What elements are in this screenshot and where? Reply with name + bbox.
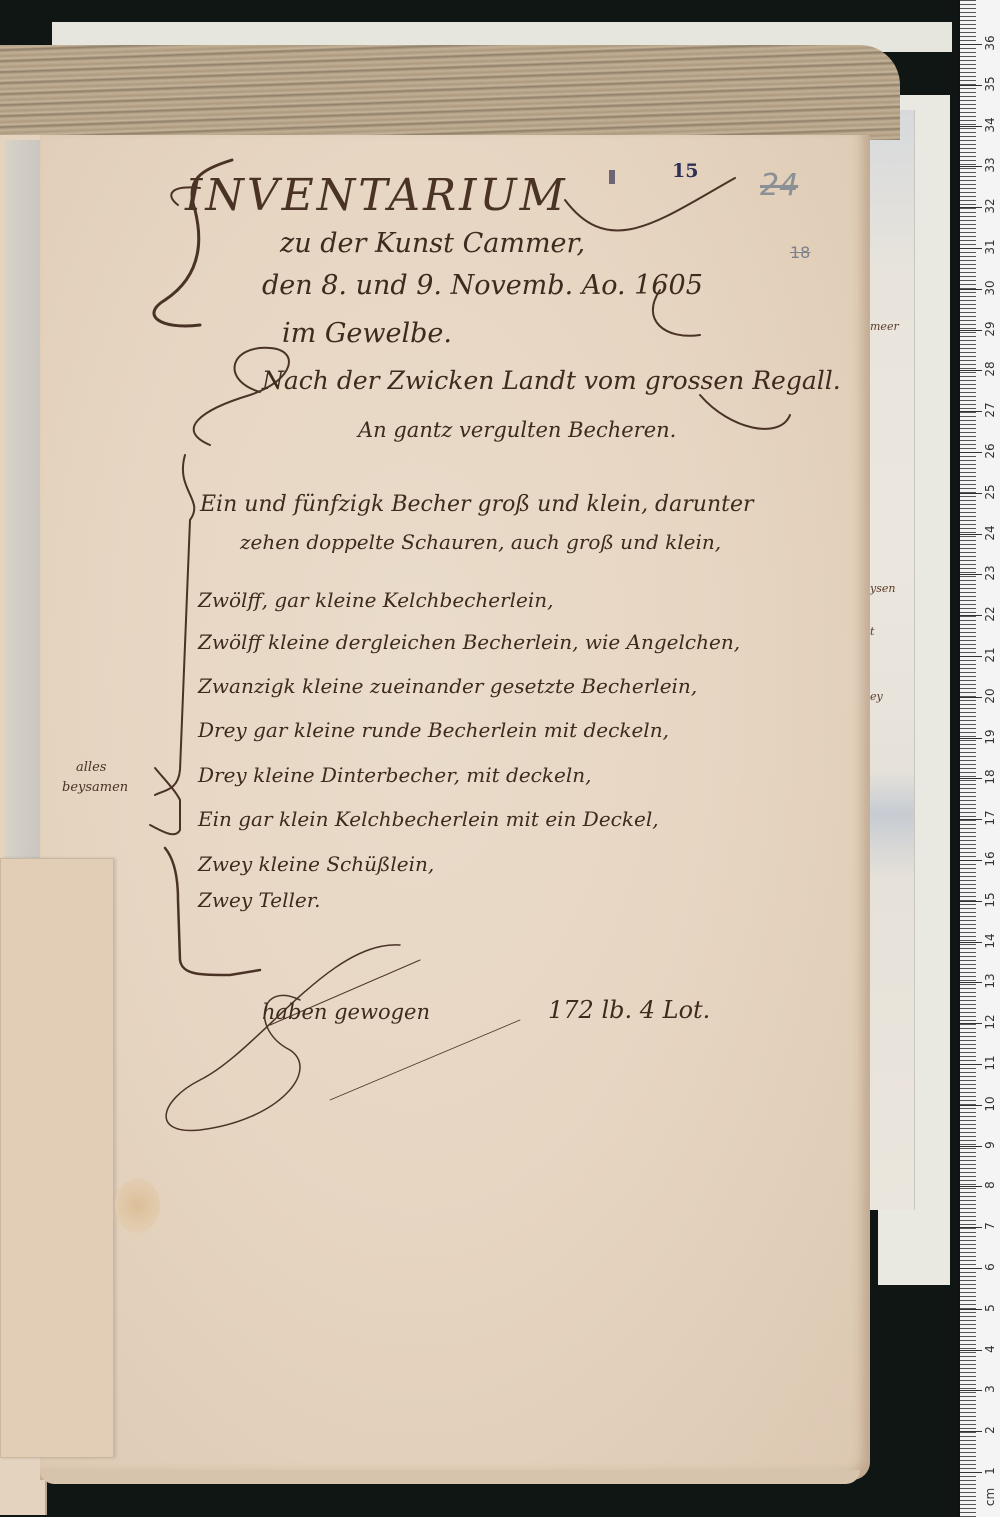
strip-fragment: ey — [870, 690, 883, 703]
measurement-ruler: 1234567891011121314151617181920212223242… — [958, 0, 1000, 1517]
ruler-major-tick — [960, 1268, 982, 1269]
ruler-major-tick — [960, 126, 982, 127]
water-stain — [115, 1178, 160, 1233]
ruler-label: 5 — [983, 1298, 997, 1318]
ruler-major-tick — [960, 1023, 982, 1024]
ruler-label: 6 — [983, 1257, 997, 1277]
ruler-label: 7 — [983, 1216, 997, 1236]
section-heading: Nach der Zwicken Landt vom grossen Regal… — [262, 366, 841, 395]
ruler-label: 30 — [983, 278, 997, 298]
inventory-item: Zwey kleine Schüßlein, — [198, 852, 434, 876]
ruler-major-tick — [960, 574, 982, 575]
inventory-item: Zwanzigk kleine zueinander gesetzte Bech… — [198, 674, 697, 698]
ruler-label: 21 — [983, 645, 997, 665]
ruler-label: 4 — [983, 1339, 997, 1359]
old-folio-secondary: 18 — [790, 243, 810, 262]
ruler-label: 9 — [983, 1135, 997, 1155]
folio-number: 15 — [672, 160, 698, 182]
inventory-item: Zwey Teller. — [198, 888, 320, 912]
ruler-label: 12 — [983, 1012, 997, 1032]
strip-fragment: ysen — [870, 582, 895, 595]
ruler-label: 25 — [983, 482, 997, 502]
ruler-major-tick — [960, 452, 982, 453]
ruler-major-tick — [960, 1309, 982, 1310]
ruler-major-tick — [960, 901, 982, 902]
title-line-1: zu der Kunst Cammer, — [280, 228, 585, 259]
ruler-major-tick — [960, 1431, 982, 1432]
ruler-label: 26 — [983, 441, 997, 461]
ruler-major-tick — [960, 1064, 982, 1065]
section-subheading: An gantz vergulten Becheren. — [358, 418, 676, 442]
inventory-item: zehen doppelte Schauren, auch groß und k… — [240, 530, 721, 554]
inventory-item: Zwölff kleine dergleichen Becherlein, wi… — [198, 630, 740, 654]
ruler-unit-label: cm — [983, 1487, 997, 1507]
ruler-major-tick — [960, 1186, 982, 1187]
strip-fragment: meer — [870, 320, 899, 333]
ruler-label: 32 — [983, 196, 997, 216]
ruler-major-tick — [960, 1146, 982, 1147]
ruler-label: 29 — [983, 319, 997, 339]
ruler-label: 11 — [983, 1053, 997, 1073]
library-stamp-mark — [609, 170, 615, 184]
ruler-major-tick — [960, 819, 982, 820]
page-stack-edge — [0, 45, 900, 140]
ruler-major-tick — [960, 778, 982, 779]
ruler-label: 33 — [983, 155, 997, 175]
ruler-major-tick — [960, 860, 982, 861]
ruler-label: 10 — [983, 1094, 997, 1114]
ruler-major-tick — [960, 493, 982, 494]
ruler-major-tick — [960, 411, 982, 412]
total-weight: 172 lb. 4 Lot. — [548, 996, 710, 1024]
ruler-label: 3 — [983, 1379, 997, 1399]
ruler-label: 18 — [983, 767, 997, 787]
ruler-label: 2 — [983, 1420, 997, 1440]
ruler-major-tick — [960, 1105, 982, 1106]
ruler-label: 24 — [983, 523, 997, 543]
ruler-label: 15 — [983, 890, 997, 910]
document-title: INVENTARIUM — [185, 170, 568, 221]
ruler-major-tick — [960, 697, 982, 698]
ruler-major-tick — [960, 330, 982, 331]
ruler-label: 13 — [983, 971, 997, 991]
margin-note-line: alles — [62, 758, 128, 778]
ruler-major-tick — [960, 44, 982, 45]
ruler-ticks — [960, 0, 976, 1517]
ruler-major-tick — [960, 289, 982, 290]
inventory-item: Drey kleine Dinterbecher, mit deckeln, — [198, 763, 591, 787]
ruler-major-tick — [960, 1472, 982, 1473]
inventory-item: Drey gar kleine runde Becherlein mit dec… — [198, 718, 669, 742]
old-folio-number: 24 — [760, 168, 798, 203]
ruler-major-tick — [960, 1390, 982, 1391]
ruler-label: 28 — [983, 359, 997, 379]
ruler-major-tick — [960, 534, 982, 535]
ruler-label: 31 — [983, 237, 997, 257]
ruler-major-tick — [960, 248, 982, 249]
ruler-label: 17 — [983, 808, 997, 828]
inventory-item: Ein und fünfzigk Becher groß und klein, … — [200, 492, 754, 517]
facing-leaf-guard — [5, 140, 41, 860]
title-line-3: im Gewelbe. — [282, 318, 452, 349]
ruler-major-tick — [960, 207, 982, 208]
ruler-label: 19 — [983, 727, 997, 747]
inserted-paper-slip — [0, 858, 114, 1458]
ruler-major-tick — [960, 656, 982, 657]
ruler-label: 20 — [983, 686, 997, 706]
ruler-label: 23 — [983, 563, 997, 583]
ruler-major-tick — [960, 166, 982, 167]
page-bottom-edge — [40, 1470, 860, 1484]
ruler-label: 14 — [983, 931, 997, 951]
margin-note-line: beysamen — [62, 778, 128, 798]
ruler-label: 35 — [983, 74, 997, 94]
title-line-2: den 8. und 9. Novemb. Ao. 1605 — [262, 270, 703, 301]
ruler-label: 22 — [983, 604, 997, 624]
ruler-major-tick — [960, 1350, 982, 1351]
ruler-label: 34 — [983, 115, 997, 135]
ruler-label: 36 — [983, 33, 997, 53]
ruler-major-tick — [960, 1227, 982, 1228]
inventory-item: Zwölff, gar kleine Kelchbecherlein, — [198, 588, 554, 612]
ruler-label: 1 — [983, 1461, 997, 1481]
ruler-major-tick — [960, 738, 982, 739]
ruler-major-tick — [960, 982, 982, 983]
total-label: haben gewogen — [262, 1000, 430, 1024]
inventory-item: Ein gar klein Kelchbecherlein mit ein De… — [198, 807, 659, 831]
ruler-label: 27 — [983, 400, 997, 420]
ruler-label: 8 — [983, 1175, 997, 1195]
ruler-major-tick — [960, 942, 982, 943]
ruler-label: 16 — [983, 849, 997, 869]
ruler-major-tick — [960, 370, 982, 371]
ruler-major-tick — [960, 85, 982, 86]
strip-fragment: t — [870, 625, 874, 638]
margin-note: alles beysamen — [62, 758, 128, 798]
ruler-major-tick — [960, 615, 982, 616]
binding-guard-strip — [866, 110, 915, 1210]
